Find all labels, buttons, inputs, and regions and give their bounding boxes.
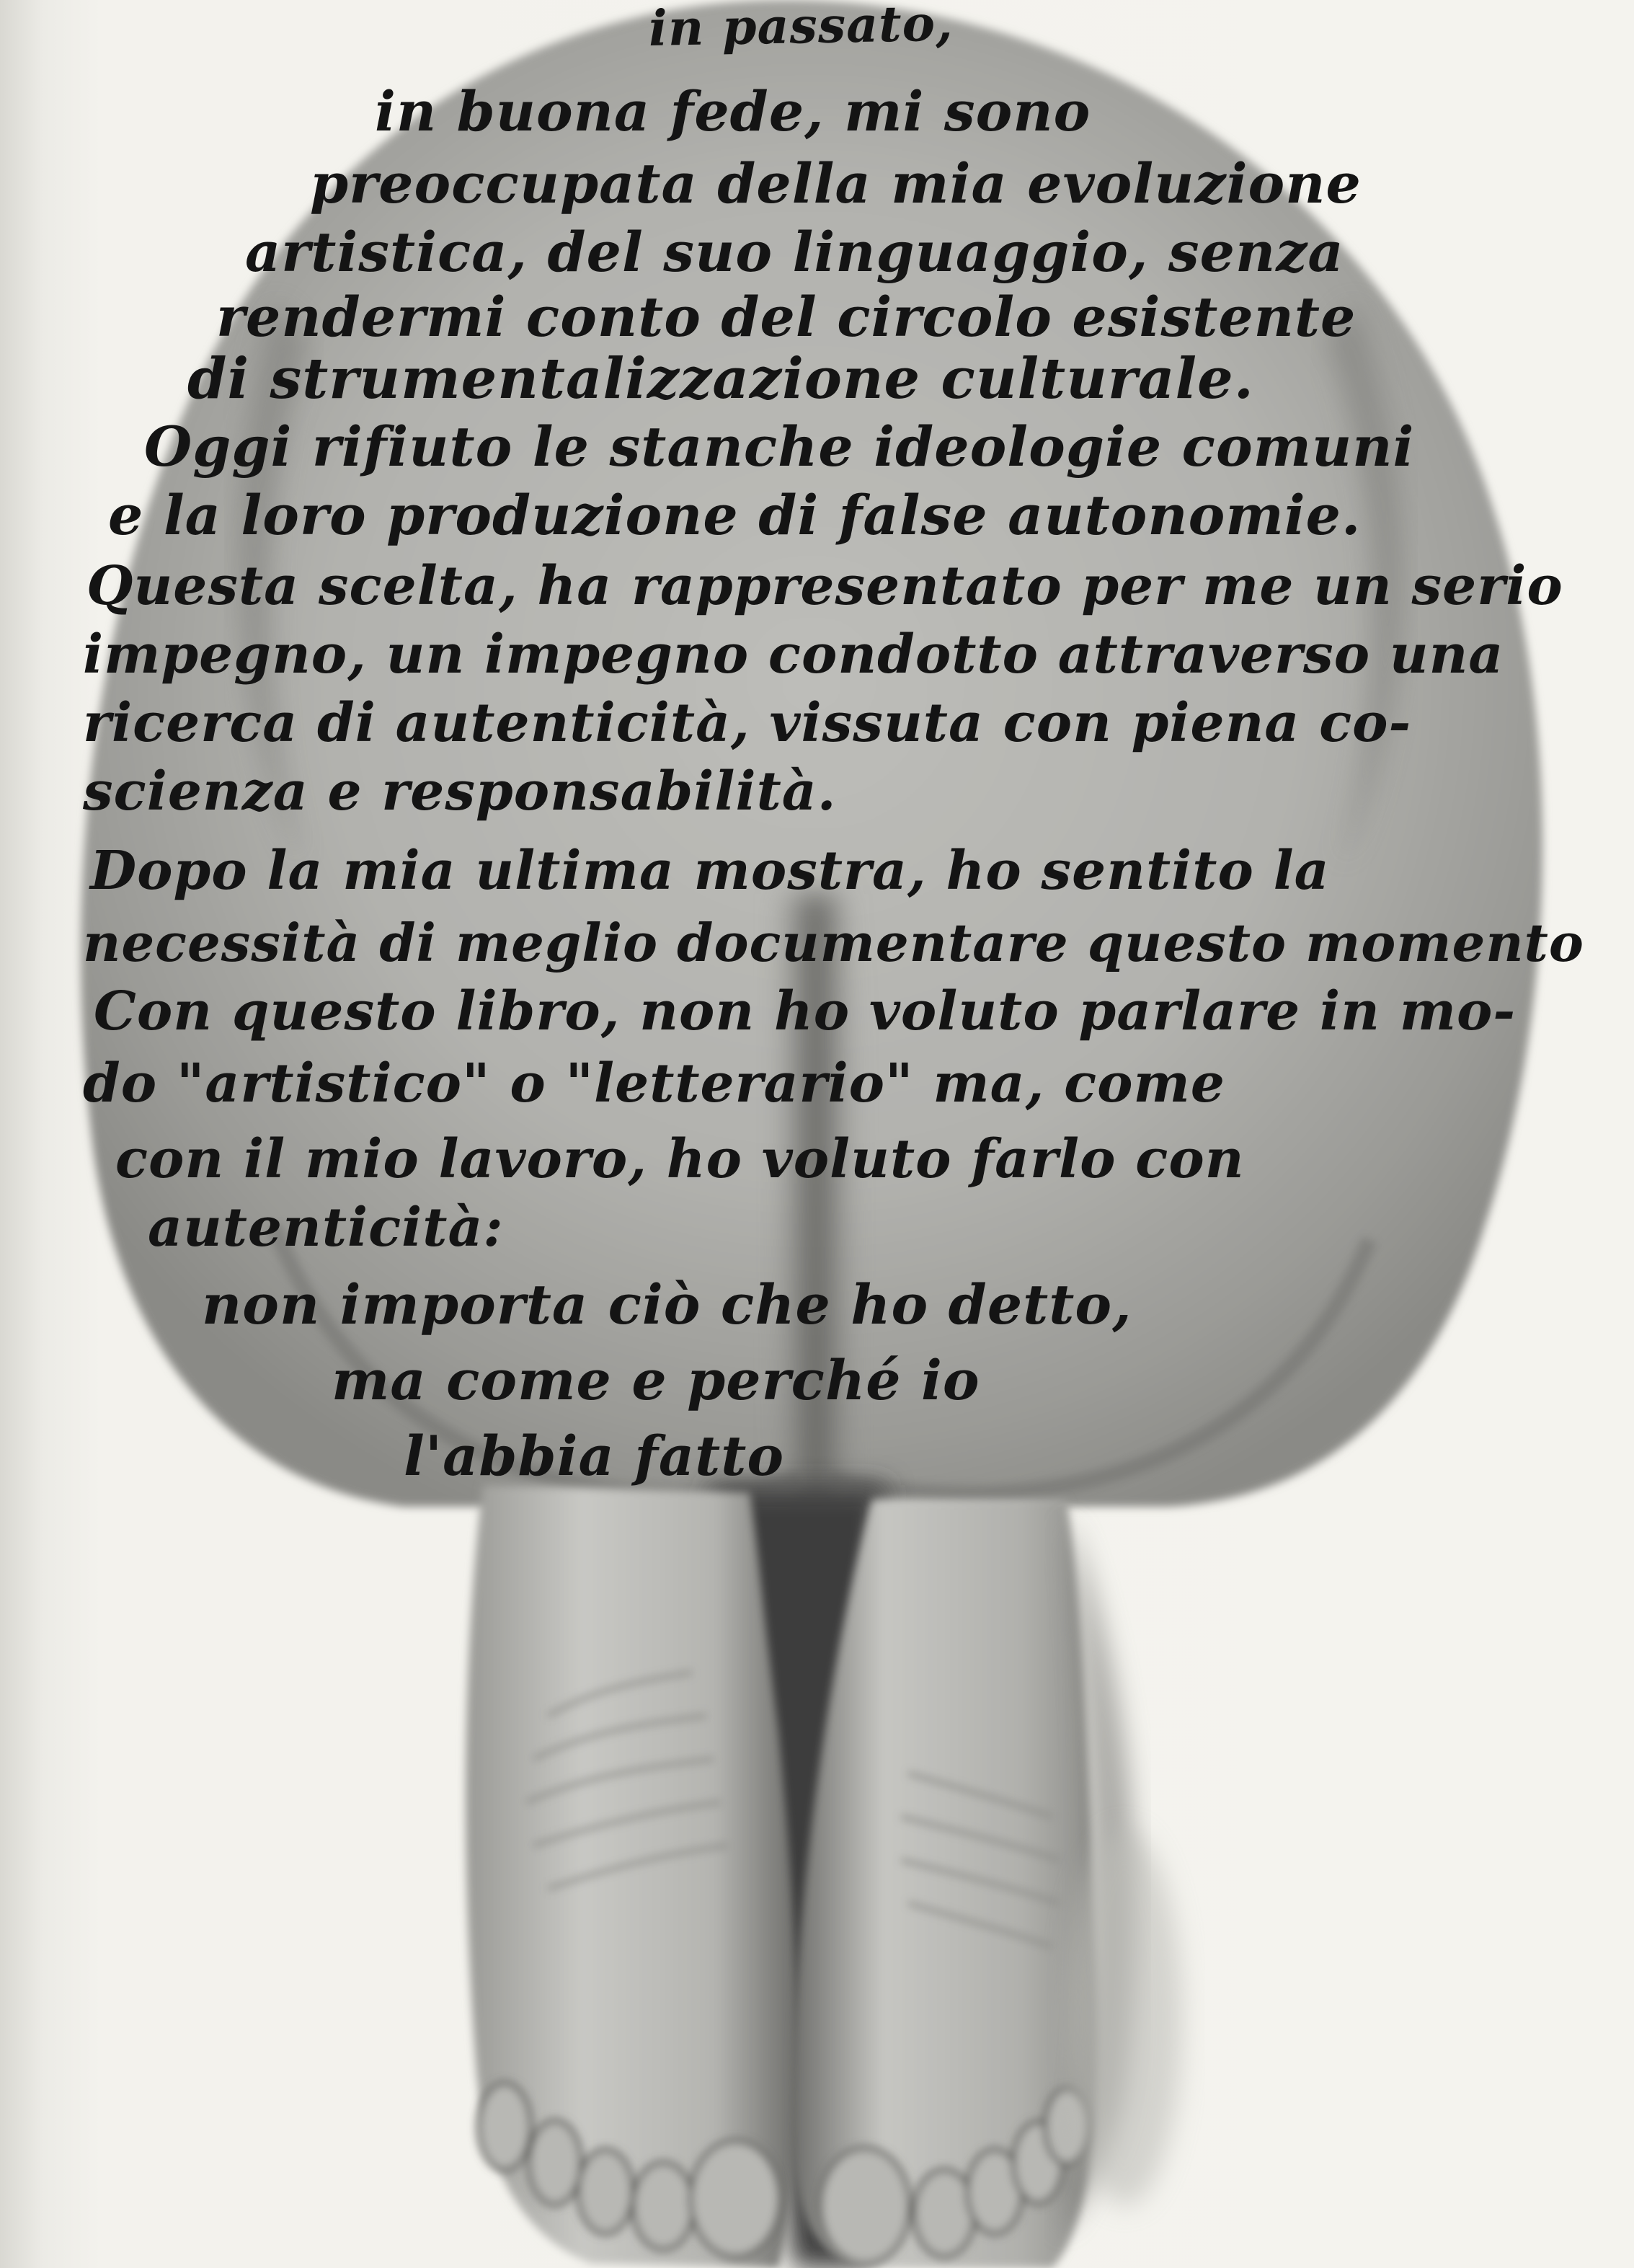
handwriting-line: ma come e perché io — [332, 1348, 980, 1412]
handwriting-line: Oggi rifiuto le stanche ideologie comuni — [144, 415, 1414, 479]
handwriting-line: in passato, — [648, 0, 954, 58]
handwriting-line: necessità di meglio documentare questo m… — [83, 912, 1584, 973]
handwriting-line: con il mio lavoro, ho voluto farlo con — [115, 1128, 1245, 1190]
handwriting-line: e la loro produzione di false autonomie. — [108, 483, 1361, 547]
handwriting-line: Dopo la mia ultima mostra, ho sentito la — [90, 840, 1330, 902]
handwritten-text-overlay: in passato, in buona fede, mi sono preoc… — [0, 0, 1634, 2268]
handwriting-line: do "artistico" o "letterario" ma, come — [83, 1053, 1225, 1115]
handwriting-line: l'abbia fatto — [404, 1424, 784, 1488]
handwriting-line: impegno, un impegno condotto attraverso … — [83, 624, 1504, 686]
handwriting-line: non importa ciò che ho detto, — [202, 1272, 1132, 1337]
handwriting-line: autenticità: — [148, 1197, 504, 1259]
handwriting-line: scienza e responsabilità. — [83, 761, 837, 823]
handwriting-line: ricerca di autenticità, vissuta con pien… — [83, 692, 1411, 754]
handwriting-line: preoccupata della mia evoluzione — [310, 151, 1362, 216]
handwriting-line: di strumentalizzazione culturale. — [187, 346, 1254, 412]
handwriting-line: Con questo libro, non ho voluto parlare … — [94, 980, 1516, 1042]
book-page: in passato, in buona fede, mi sono preoc… — [0, 0, 1634, 2268]
handwriting-line: in buona fede, mi sono — [375, 79, 1091, 143]
handwriting-line: rendermi conto del circolo esistente — [216, 285, 1356, 349]
handwriting-line: artistica, del suo linguaggio, senza — [245, 220, 1344, 284]
handwriting-line: Questa scelta, ha rappresentato per me u… — [86, 555, 1563, 617]
